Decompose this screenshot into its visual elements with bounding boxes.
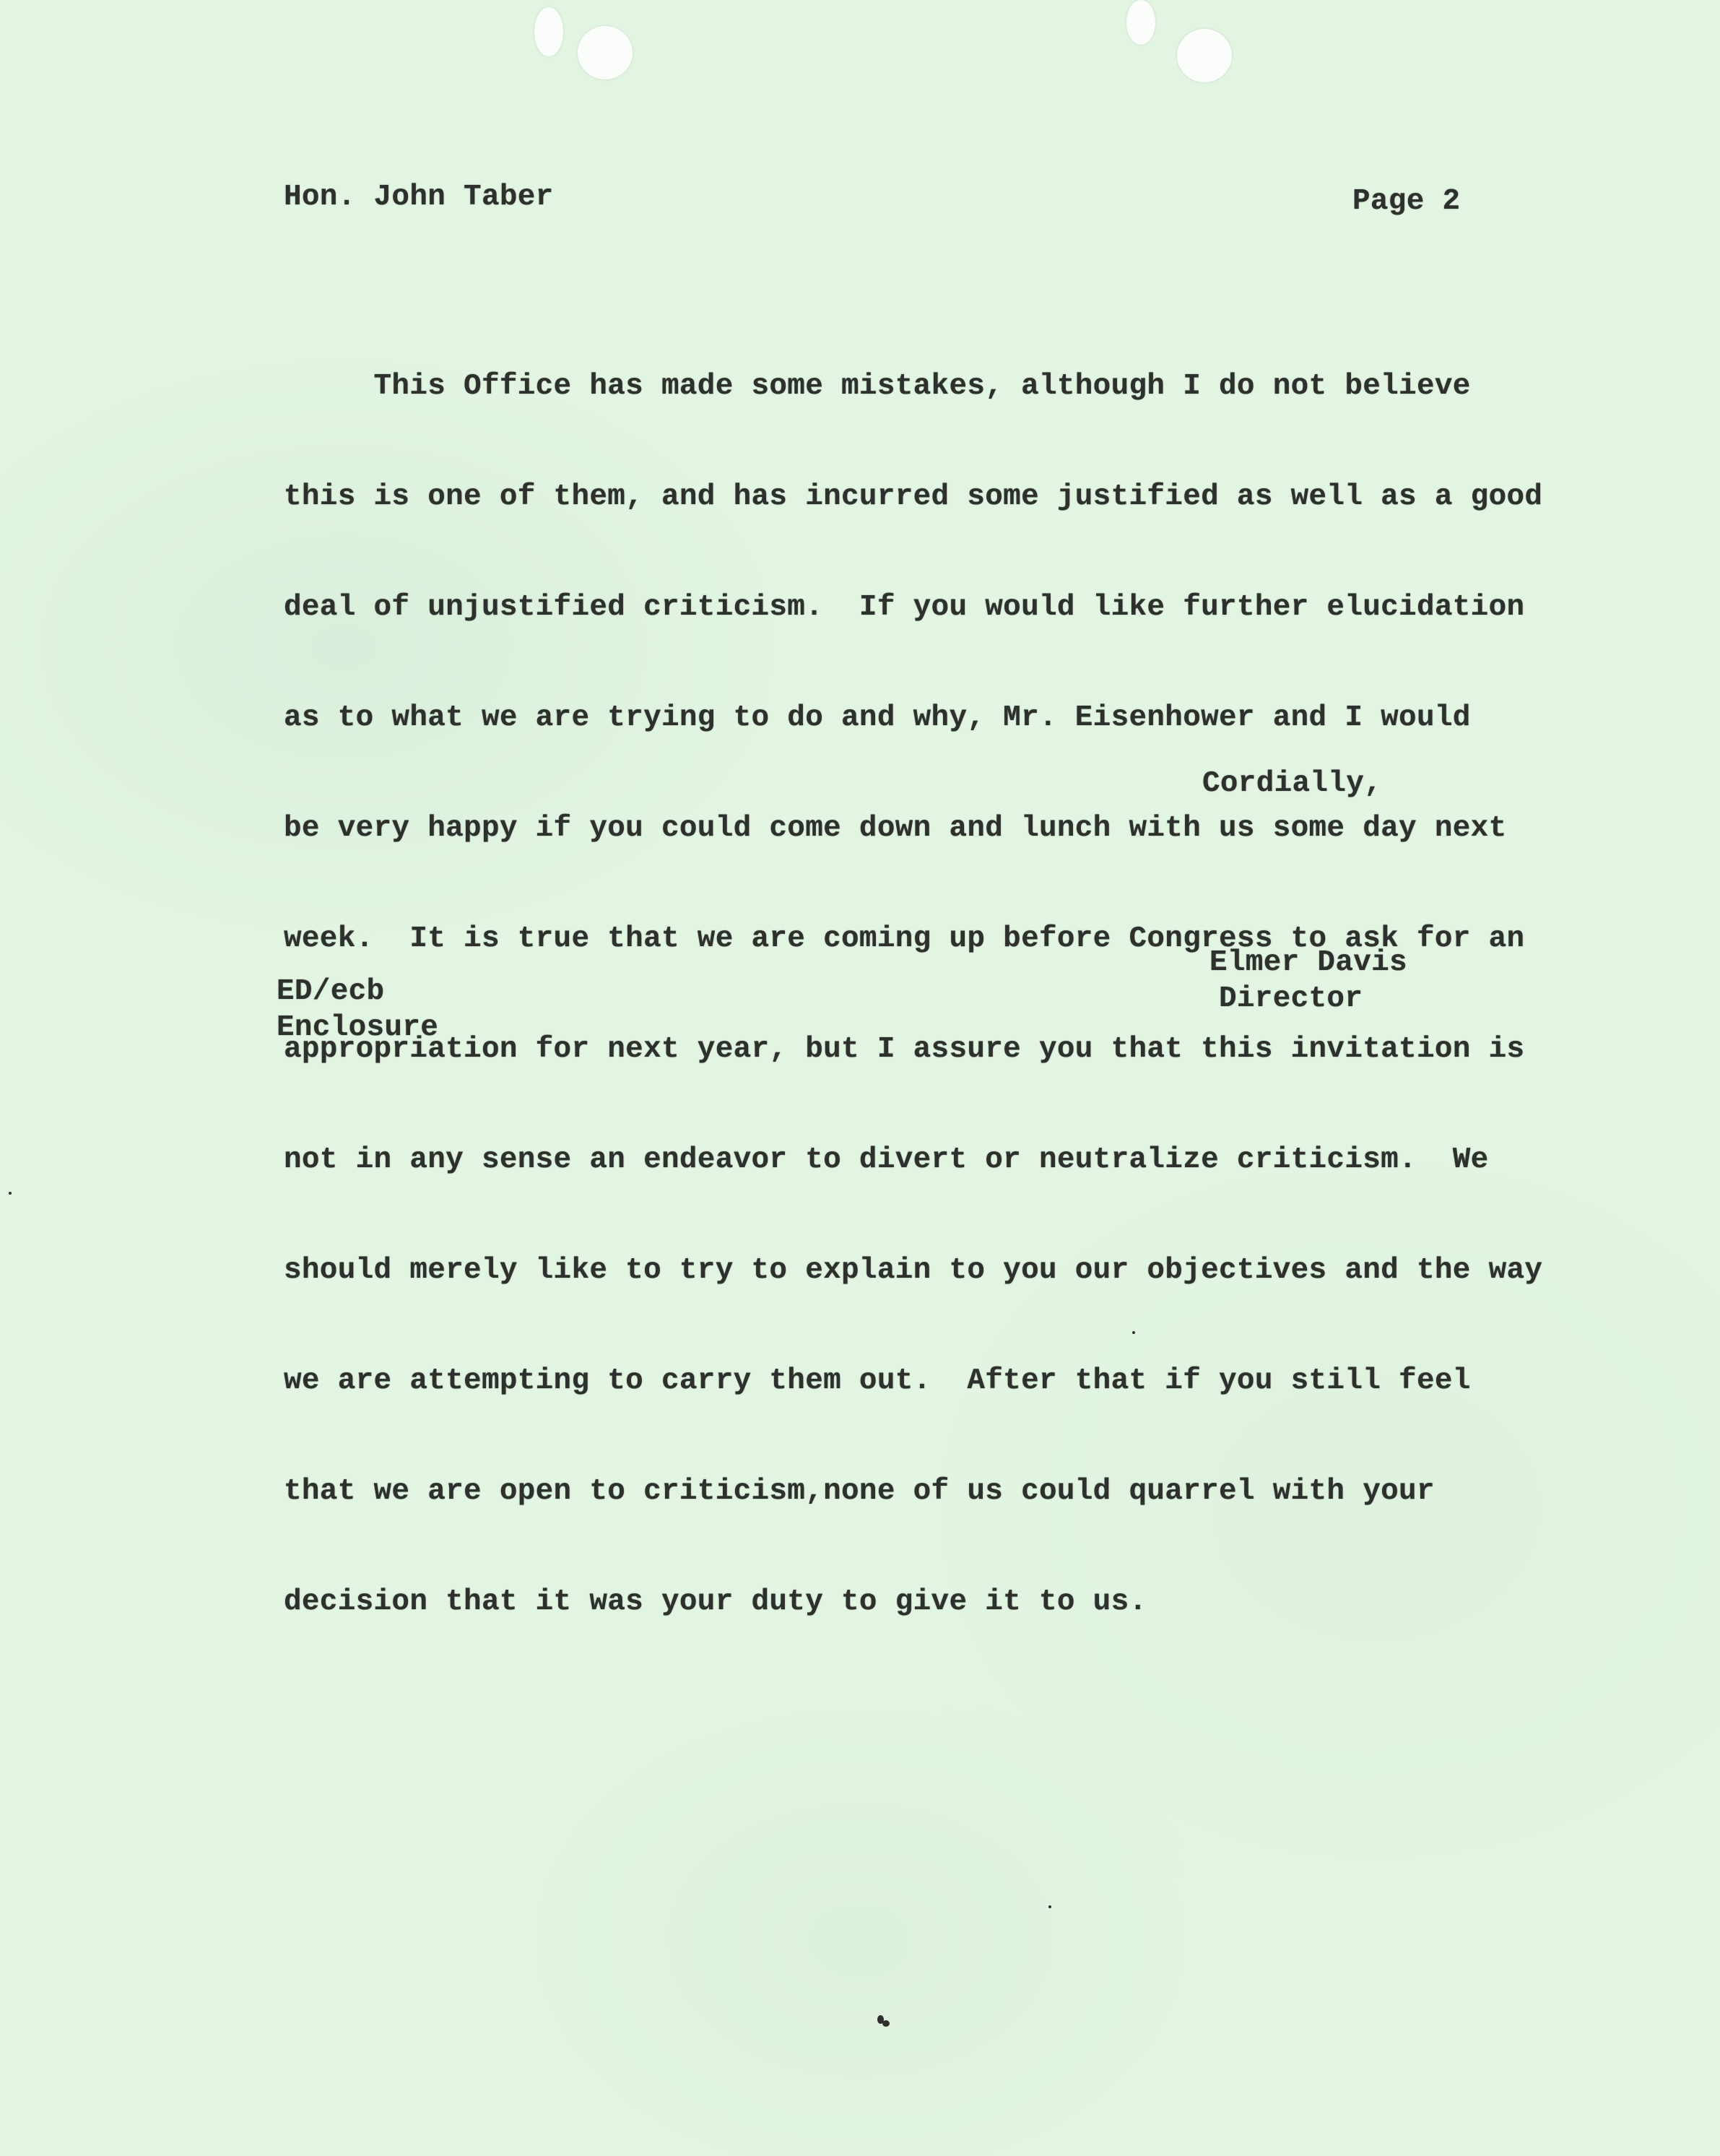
body-line: this is one of them, and has incurred so… <box>284 479 1542 516</box>
reference-initials: ED/ecb <box>277 974 384 1010</box>
ink-speck <box>882 2020 890 2027</box>
signer-name: Elmer Davis <box>1209 945 1407 982</box>
ink-speck <box>1132 1331 1135 1334</box>
punch-hole <box>534 7 563 56</box>
body-line: decision that it was your duty to give i… <box>284 1584 1542 1621</box>
recipient-header: Hon. John Taber <box>284 179 554 216</box>
ink-speck <box>1048 1905 1051 1908</box>
signer-title: Director <box>1219 981 1363 1018</box>
body-line: that we are open to criticism,none of us… <box>284 1473 1542 1510</box>
body-line: should merely like to try to explain to … <box>284 1252 1542 1289</box>
ink-speck <box>9 1192 12 1195</box>
body-line: as to what we are trying to do and why, … <box>284 700 1542 737</box>
body-line: not in any sense an endeavor to divert o… <box>284 1142 1542 1179</box>
body-line: deal of unjustified criticism. If you wo… <box>284 589 1542 626</box>
punch-hole <box>578 26 633 79</box>
punch-hole <box>1177 29 1232 82</box>
body-line: be very happy if you could come down and… <box>284 810 1542 847</box>
body-line: appropriation for next year, but I assur… <box>284 1031 1542 1068</box>
closing-salutation: Cordially, <box>1202 766 1382 802</box>
body-line: we are attempting to carry them out. Aft… <box>284 1363 1542 1400</box>
punch-hole <box>1126 0 1155 45</box>
page-number: Page 2 <box>1352 183 1460 220</box>
enclosure-notation: Enclosure <box>277 1010 438 1047</box>
body-line: This Office has made some mistakes, alth… <box>284 368 1542 405</box>
